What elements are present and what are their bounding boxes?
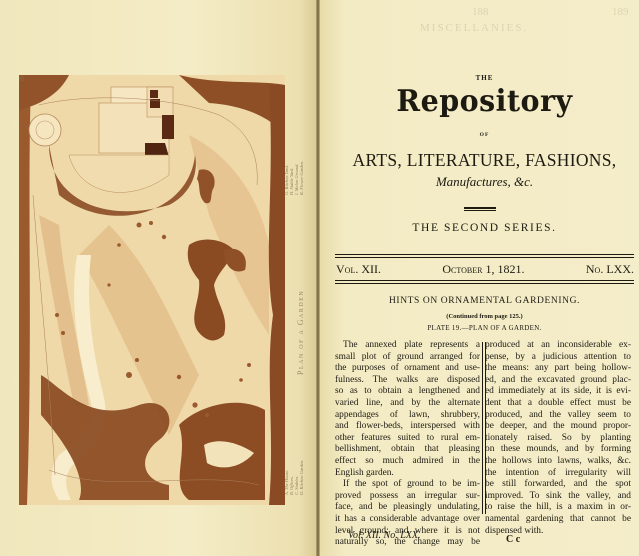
- masthead-title: Repository: [338, 84, 632, 119]
- legend-item: K. Flower Garden.: [299, 161, 304, 195]
- text-line: and flower-beds, interspersed with: [335, 421, 480, 433]
- footer-signature-mark: C c: [506, 534, 520, 545]
- text-line: improved. To sink the valley, and: [485, 491, 631, 503]
- issue-number: No. LXX.: [586, 262, 634, 277]
- plate-side-title: Plan of a Garden: [296, 290, 305, 375]
- text-line: be deeper, and the mound propor-: [485, 421, 631, 433]
- text-line: proved possess an irregular sur-: [335, 491, 480, 503]
- masthead-of: OF: [330, 132, 639, 138]
- masthead-series: THE SECOND SERIES.: [330, 222, 639, 234]
- text-line: other features suited to rural em-: [335, 433, 480, 445]
- issue-rule-bottom: [335, 280, 634, 284]
- text-line: on these mounds, and by forming: [485, 444, 631, 456]
- text-line: produced at an inconsiderable ex-: [485, 340, 631, 352]
- text-line: the purposes of ornament and use-: [335, 363, 480, 375]
- plate-legend-bottom: A. The House. B. Offices. C. Stables. D.…: [284, 460, 304, 495]
- text-line: dent that a double effect must be: [485, 398, 631, 410]
- text-line: it has a considerable advantage over: [335, 514, 480, 526]
- text-line: bellishment, obtain that pleasing: [335, 444, 480, 456]
- article-continued: (Continued from page 125.): [330, 313, 639, 320]
- masthead-subtitle: ARTS, LITERATURE, FASHIONS,: [330, 150, 639, 171]
- issue-volume: Vol. XII.: [336, 262, 381, 277]
- text-line: fulness. The walks are disposed: [335, 375, 480, 387]
- article-column-right: produced at an inconsiderable ex- pense,…: [485, 340, 631, 537]
- bleed-page-number-right: 189: [612, 6, 629, 18]
- article-plate-caption: PLATE 19.—PLAN OF A GARDEN.: [330, 324, 639, 332]
- text-line: the hollows into lawns, walks, &c.: [485, 456, 631, 468]
- text-line: effect so much admired in the: [335, 456, 480, 468]
- plate-legend-top: G. Kitchen Yard. H. Stable Yard. I. Melo…: [284, 161, 304, 195]
- text-line: English garden.: [335, 468, 480, 480]
- text-line: pense, by a judicious attention to: [485, 352, 631, 364]
- text-line: If the spot of ground to be im-: [335, 479, 480, 491]
- bleed-page-number-left: 188: [472, 6, 489, 18]
- text-line: ed, and the excavated ground plac-: [485, 375, 631, 387]
- text-line: produced, and the valley seem to: [485, 410, 631, 422]
- masthead-manufactures: Manufactures, &c.: [330, 174, 639, 190]
- text-line: The annexed plate represents a: [335, 340, 480, 352]
- garden-plan-plate: ✣: [19, 75, 285, 505]
- legend-item: D. Kitchen Garden.: [299, 460, 304, 495]
- article-column-left: The annexed plate represents a small plo…: [335, 340, 480, 549]
- issue-line: Vol. XII. October 1, 1821. No. LXX.: [336, 262, 634, 277]
- text-line: namental gardening that cannot be: [485, 514, 631, 526]
- text-line: be still forwarded, and the spot: [485, 479, 631, 491]
- issue-rule-top: [335, 254, 634, 258]
- article-title: HINTS ON ORNAMENTAL GARDENING.: [330, 296, 639, 306]
- text-line: varied line, and by the alternate: [335, 398, 480, 410]
- issue-date: October 1, 1821.: [442, 262, 524, 277]
- text-line: face, and be pleasingly undulating,: [335, 502, 480, 514]
- text-line: small plot of ground arranged for: [335, 352, 480, 364]
- text-line: to raise the hill, is a maxim in or-: [485, 502, 631, 514]
- book-spread: ✣ Plan of a Garden G. Kitchen Yard. H. S…: [0, 0, 639, 556]
- text-line: appendages of lawn, shrubbery,: [335, 410, 480, 422]
- masthead-the: THE: [330, 74, 639, 82]
- text-line: tionately raised. So by planting: [485, 433, 631, 445]
- garden-plan-illustration: [19, 75, 285, 505]
- text-line: ed immediately at its side, it is evi-: [485, 386, 631, 398]
- text-line: the intention of irregularity will: [485, 468, 631, 480]
- bleed-header: MISCELLANIES.: [420, 22, 528, 34]
- text-line: so as to obtain a lengthened and: [335, 386, 480, 398]
- text-line: the means: any part being hollow-: [485, 363, 631, 375]
- footer-volume-line: Vol. XII. No. LXX.: [348, 530, 421, 541]
- masthead-rule: [464, 207, 496, 211]
- plate-corner-mark-icon: ✣: [19, 75, 25, 83]
